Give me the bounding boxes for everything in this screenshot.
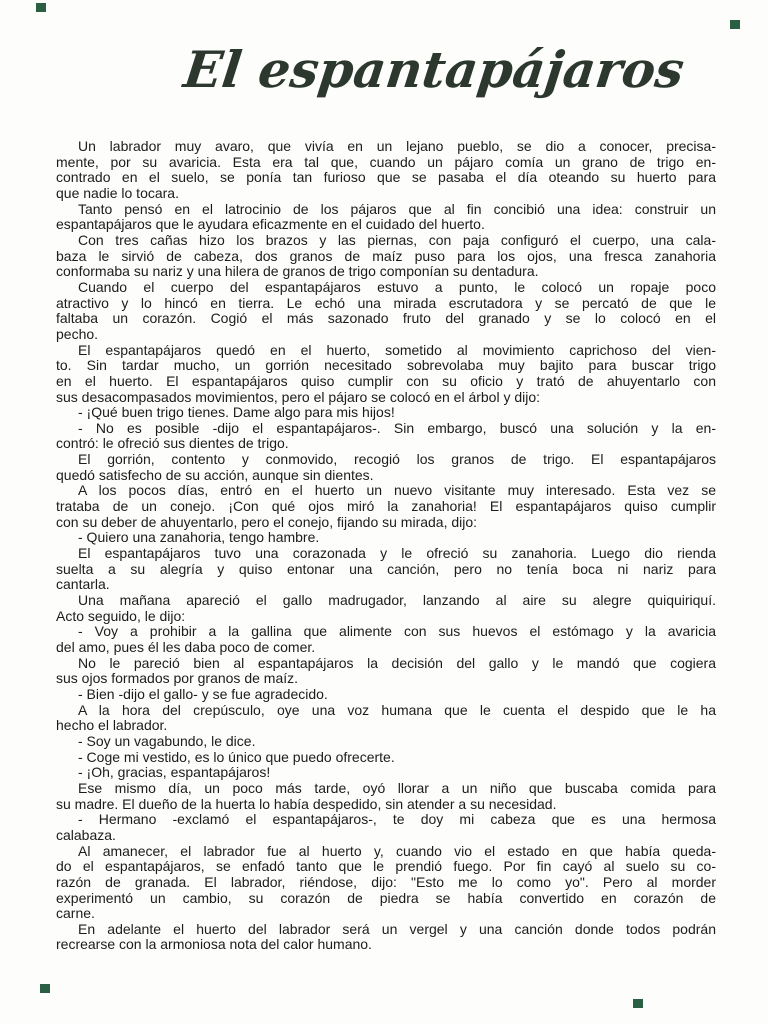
text-line: No le pareció bien al espantapájaros la … (56, 656, 716, 672)
text-line: A la hora del crepúsculo, oye una voz hu… (56, 703, 716, 719)
text-line: pecho. (56, 327, 716, 343)
text-line: A los pocos días, entró en el huerto un … (56, 483, 716, 499)
text-line: atractivo y lo hincó en tierra. Le echó … (56, 296, 716, 312)
text-line: conformaba su nariz y una hilera de gran… (56, 264, 716, 280)
text-line: sus desacompasados movimientos, pero el … (56, 390, 716, 406)
paragraph: A la hora del crepúsculo, oye una voz hu… (56, 703, 716, 734)
text-line: El gorrión, contento y conmovido, recogi… (56, 452, 716, 468)
text-line: con su deber de ahuyentarlo, pero el con… (56, 515, 716, 531)
text-line: calabaza. (56, 828, 716, 844)
corner-marker-bottom-right (633, 999, 643, 1008)
text-line: - No es posible -dijo el espantapájaros-… (56, 421, 716, 437)
paragraph: - Coge mi vestido, es lo único que puedo… (56, 750, 716, 766)
text-line: - Hermano -exclamó el espantapájaros-, t… (56, 812, 716, 828)
paragraph: El gorrión, contento y conmovido, recogi… (56, 452, 716, 483)
paragraph: Al amanecer, el labrador fue al huerto y… (56, 844, 716, 922)
paragraph: En adelante el huerto del labrador será … (56, 922, 716, 953)
text-line: - Soy un vagabundo, le dice. (56, 734, 716, 750)
paragraph: - Soy un vagabundo, le dice. (56, 734, 716, 750)
paragraph: El espantapájaros tuvo una corazonada y … (56, 546, 716, 593)
paragraph: Ese mismo día, un poco más tarde, oyó ll… (56, 781, 716, 812)
text-line: - Quiero una zanahoria, tengo hambre. (56, 530, 716, 546)
paragraph: - Quiero una zanahoria, tengo hambre. (56, 530, 716, 546)
text-line: do el espantapájaros, se enfadó tanto qu… (56, 859, 716, 875)
text-line: mente, por su avaricia. Esta era tal que… (56, 155, 716, 171)
text-line: - ¡Oh, gracias, espantapájaros! (56, 765, 716, 781)
paragraph: - ¡Qué buen trigo tienes. Dame algo para… (56, 405, 716, 421)
paragraph: Un labrador muy avaro, que vivía en un l… (56, 139, 716, 202)
text-line: El espantapájaros tuvo una corazonada y … (56, 546, 716, 562)
paragraph: Cuando el cuerpo del espantapájaros estu… (56, 280, 716, 343)
text-line: Ese mismo día, un poco más tarde, oyó ll… (56, 781, 716, 797)
text-line: carne. (56, 906, 716, 922)
paragraph: - Voy a prohibir a la gallina que alimen… (56, 624, 716, 655)
story-text: Un labrador muy avaro, que vivía en un l… (56, 139, 716, 953)
corner-marker-bottom-left (40, 984, 50, 993)
text-line: trataba de un conejo. ¡Con qué ojos miró… (56, 499, 716, 515)
text-line: Al amanecer, el labrador fue al huerto y… (56, 844, 716, 860)
paragraph: - Bien -dijo el gallo- y se fue agradeci… (56, 687, 716, 703)
text-line: que nadie lo tocara. (56, 186, 716, 202)
text-line: sus ojos formados por granos de maíz. (56, 671, 716, 687)
text-line: en el huerto. El espantapájaros quiso cu… (56, 374, 716, 390)
text-line: del amo, pues él les daba poco de comer. (56, 640, 716, 656)
text-line: suelta a su alegría y quiso entonar una … (56, 562, 716, 578)
corner-marker-top-right (730, 20, 740, 29)
paragraph: Una mañana apareció el gallo madrugador,… (56, 593, 716, 624)
paragraph: - ¡Oh, gracias, espantapájaros! (56, 765, 716, 781)
text-line: Un labrador muy avaro, que vivía en un l… (56, 139, 716, 155)
text-line: Con tres cañas hizo los brazos y las pie… (56, 233, 716, 249)
text-line: - ¡Qué buen trigo tienes. Dame algo para… (56, 405, 716, 421)
text-line: contrado en el suelo, se ponía tan furio… (56, 170, 716, 186)
paragraph: No le pareció bien al espantapájaros la … (56, 656, 716, 687)
text-line: contró: le ofreció sus dientes de trigo. (56, 436, 716, 452)
text-line: to. Sin tardar mucho, un gorrión necesit… (56, 358, 716, 374)
paragraph: - Hermano -exclamó el espantapájaros-, t… (56, 812, 716, 843)
text-line: Tanto pensó en el latrocinio de los pája… (56, 202, 716, 218)
paragraph: Con tres cañas hizo los brazos y las pie… (56, 233, 716, 280)
text-line: cantarla. (56, 577, 716, 593)
text-line: experimentó un cambio, su corazón de pie… (56, 891, 716, 907)
paragraph: Tanto pensó en el latrocinio de los pája… (56, 202, 716, 233)
text-line: Acto seguido, le dijo: (56, 609, 716, 625)
paragraph: - No es posible -dijo el espantapájaros-… (56, 421, 716, 452)
text-line: Una mañana apareció el gallo madrugador,… (56, 593, 716, 609)
text-line: hecho el labrador. (56, 718, 716, 734)
paragraph: El espantapájaros quedó en el huerto, so… (56, 343, 716, 406)
text-line: quedó satisfecho de su acción, aunque si… (56, 468, 716, 484)
corner-marker-top-left (36, 3, 46, 12)
paragraph: A los pocos días, entró en el huerto un … (56, 483, 716, 530)
text-line: El espantapájaros quedó en el huerto, so… (56, 343, 716, 359)
text-line: En adelante el huerto del labrador será … (56, 922, 716, 938)
page-title: El espantapájaros (96, 40, 768, 99)
text-line: razón de granada. El labrador, riéndose,… (56, 875, 716, 891)
text-line: - Voy a prohibir a la gallina que alimen… (56, 624, 716, 640)
text-line: faltaba un corazón. Cogió el más sazonad… (56, 311, 716, 327)
text-line: - Bien -dijo el gallo- y se fue agradeci… (56, 687, 716, 703)
text-line: baza le sirvió de cabeza, dos granos de … (56, 249, 716, 265)
text-line: espantapájaros que le ayudara eficazment… (56, 217, 716, 233)
text-line: recrearse con la armoniosa nota del calo… (56, 937, 716, 953)
scanned-page: El espantapájaros Un labrador muy avaro,… (0, 0, 768, 1024)
text-line: Cuando el cuerpo del espantapájaros estu… (56, 280, 716, 296)
text-line: - Coge mi vestido, es lo único que puedo… (56, 750, 716, 766)
text-line: su madre. El dueño de la huerta lo había… (56, 797, 716, 813)
